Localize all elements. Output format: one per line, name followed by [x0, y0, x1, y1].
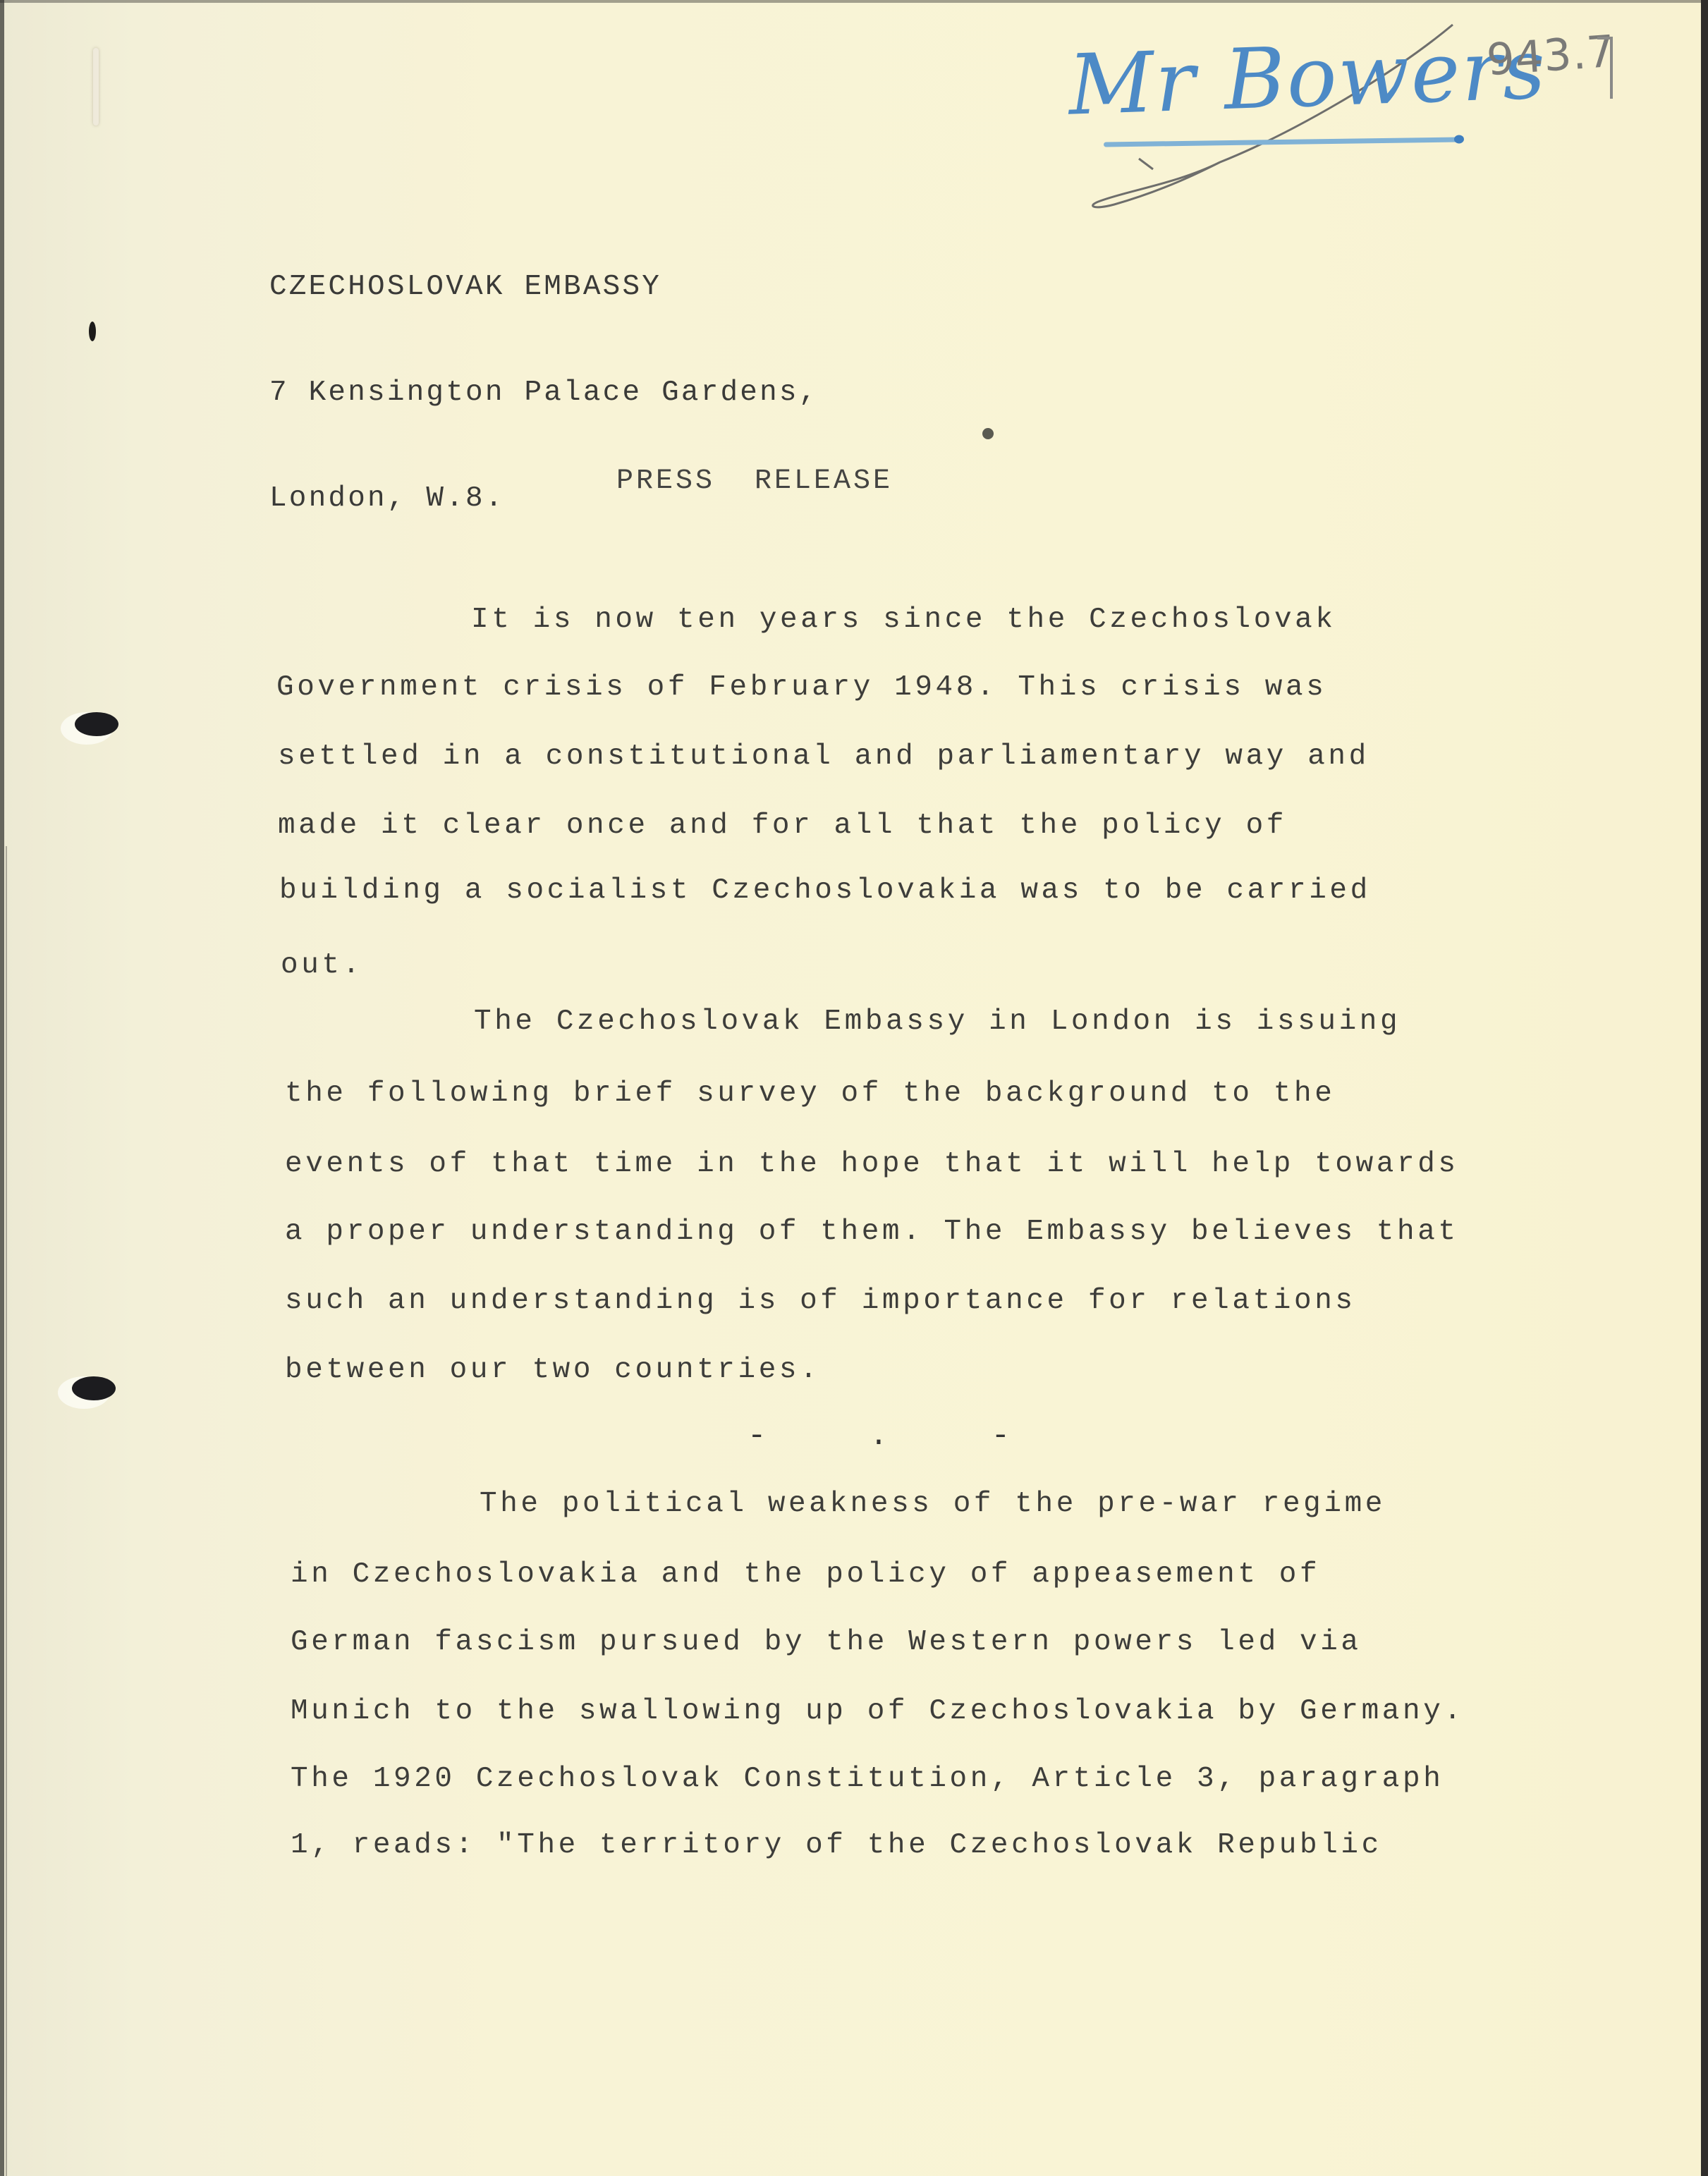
- body-line: The Czechoslovak Embassy in London is is…: [474, 1006, 1401, 1038]
- scan-left-edge-line: [6, 846, 7, 2176]
- body-line: German fascism pursued by the Western po…: [291, 1626, 1362, 1658]
- body-line: The political weakness of the pre-war re…: [480, 1488, 1386, 1520]
- scan-left-edge: [0, 0, 4, 2176]
- body-line: the following brief survey of the backgr…: [285, 1077, 1335, 1110]
- sender-address: CZECHOSLOVAK EMBASSY 7 Kensington Palace…: [269, 199, 819, 587]
- scan-right-edge: [1701, 0, 1708, 2176]
- body-line: out.: [281, 949, 363, 982]
- body-line: in Czechoslovakia and the policy of appe…: [291, 1558, 1320, 1591]
- body-line: made it clear once and for all that the …: [278, 809, 1287, 842]
- body-line: building a socialist Czechoslovakia was …: [279, 874, 1371, 907]
- ink-speck: [982, 428, 994, 439]
- body-line: 1, reads: "The territory of the Czechosl…: [291, 1829, 1382, 1862]
- address-line: CZECHOSLOVAK EMBASSY: [269, 269, 819, 305]
- body-line: Government crisis of February 1948. This…: [276, 671, 1326, 704]
- staple-hole-mark: [93, 48, 99, 126]
- pencil-bracket-mark: [1597, 37, 1613, 99]
- punch-hole-bottom: [72, 1376, 116, 1400]
- body-line: settled in a constitutional and parliame…: [278, 740, 1370, 773]
- address-line: 7 Kensington Palace Gardens,: [269, 375, 819, 410]
- body-line: between our two countries.: [285, 1354, 820, 1386]
- document-title: PRESS RELEASE: [616, 465, 893, 497]
- document-page: Mr Bowers 943.7 CZECHOSLOVAK EMBASSY 7 K…: [0, 0, 1708, 2176]
- handwritten-recipient: Mr Bowers: [1067, 20, 1549, 134]
- body-line: events of that time in the hope that it …: [285, 1148, 1459, 1180]
- ink-dot-mark: [89, 322, 96, 341]
- body-line: It is now ten years since the Czechoslov…: [471, 604, 1336, 636]
- body-line: Munich to the swallowing up of Czechoslo…: [291, 1695, 1465, 1728]
- body-line: The 1920 Czechoslovak Constitution, Arti…: [291, 1763, 1444, 1795]
- punch-hole-top: [75, 712, 118, 736]
- body-line: a proper understanding of them. The Emba…: [285, 1216, 1459, 1248]
- body-line: such an understanding is of importance f…: [285, 1285, 1356, 1317]
- section-separator: - . -: [748, 1419, 1052, 1454]
